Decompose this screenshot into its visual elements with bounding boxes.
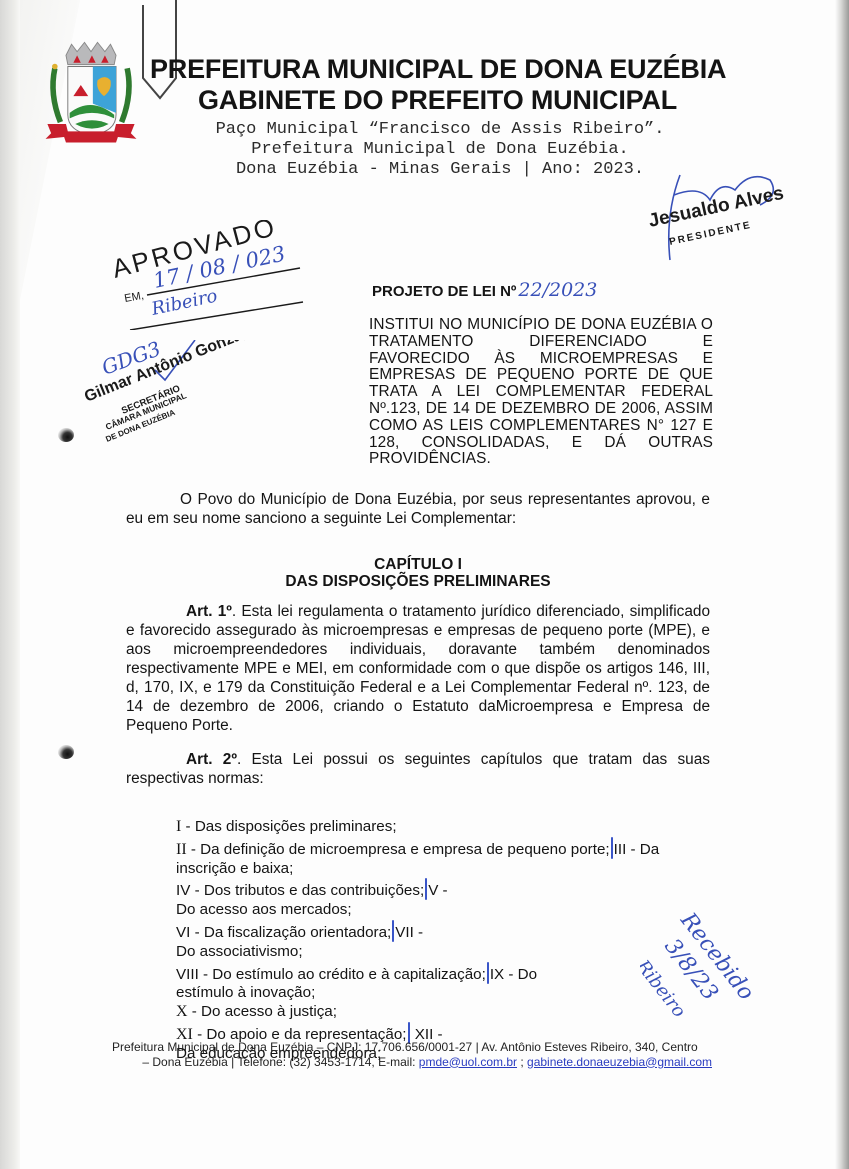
letterhead-title-line1: PREFEITURA MUNICIPAL DE DONA EUZÉBIA bbox=[150, 54, 726, 84]
letterhead-sub-line1: Paço Municipal “Francisco de Assis Ribei… bbox=[190, 120, 690, 140]
chapters-list: I - Das disposições preliminares; II - D… bbox=[176, 818, 716, 1064]
punch-hole bbox=[58, 428, 74, 442]
received-handwritten-note: Recebido 3/8/23 Ribeiro bbox=[640, 880, 800, 1040]
letterhead-title-line2: GABINETE DO PREFEITO MUNICIPAL bbox=[150, 85, 770, 116]
list-item: inscrição e baixa; bbox=[176, 860, 716, 879]
preamble: O Povo do Município de Dona Euzébia, por… bbox=[126, 490, 710, 528]
pen-mark bbox=[392, 920, 394, 942]
list-item: Do associativismo; bbox=[176, 943, 716, 962]
pen-mark bbox=[425, 878, 427, 900]
article-1: Art. 1º. Esta lei regulamenta o tratamen… bbox=[126, 602, 710, 735]
chapter-heading: CAPÍTULO I DAS DISPOSIÇÕES PRELIMINARES bbox=[126, 556, 710, 590]
list-item: I - Das disposições preliminares; bbox=[176, 818, 716, 837]
chapter-title: DAS DISPOSIÇÕES PRELIMINARES bbox=[126, 573, 710, 590]
bill-title: PROJETO DE LEI Nº22/2023 bbox=[372, 279, 597, 301]
article-1-label: Art. 1º bbox=[186, 603, 232, 620]
article-1-text: . Esta lei regulamenta o tratamento jurí… bbox=[126, 603, 710, 734]
footer-line1: Prefeitura Municipal de Dona Euzébia – C… bbox=[112, 1040, 712, 1055]
scan-right-edge bbox=[835, 0, 849, 1169]
list-item: Do acesso aos mercados; bbox=[176, 901, 716, 920]
list-item: X - Do acesso à justiça; bbox=[176, 1003, 716, 1022]
municipal-coat-of-arms-icon bbox=[40, 38, 142, 146]
letterhead-sub-line2: Prefeitura Municipal de Dona Euzébia. bbox=[190, 140, 690, 160]
page-footer: Prefeitura Municipal de Dona Euzébia – C… bbox=[112, 1040, 712, 1069]
list-item: VI - Da fiscalização orientadora;VII - bbox=[176, 920, 716, 943]
pen-mark bbox=[487, 962, 489, 984]
bill-summary: INSTITUI NO MUNICÍPIO DE DONA EUZÉBIA O … bbox=[369, 317, 713, 468]
bill-number: 22/2023 bbox=[518, 279, 597, 301]
article-2: Art. 2º. Esta Lei possui os seguintes ca… bbox=[126, 750, 710, 788]
letterhead-sub-line3: Dona Euzébia - Minas Gerais | Ano: 2023. bbox=[190, 160, 690, 180]
letterhead-subtitle: Paço Municipal “Francisco de Assis Ribei… bbox=[190, 120, 690, 180]
email-link-gabinete[interactable]: gabinete.donaeuzebia@gmail.com bbox=[527, 1055, 712, 1069]
secretary-signature-stamp: GDG3 Gilmar Antônio Gonzaga SECRETÁRIO C… bbox=[85, 340, 245, 460]
list-item: VIII - Do estímulo ao crédito e à capita… bbox=[176, 962, 716, 985]
scan-left-edge bbox=[0, 0, 20, 1169]
email-link-pmde[interactable]: pmde@uol.com.br bbox=[419, 1055, 517, 1069]
approved-em-label: EM, bbox=[123, 290, 144, 305]
list-item: IV - Dos tributos e das contribuições;V … bbox=[176, 878, 716, 901]
letterhead-title: PREFEITURA MUNICIPAL DE DONA EUZÉBIA GAB… bbox=[150, 54, 770, 116]
footer-line2: – Dona Euzébia | Telefone: (32) 3453-171… bbox=[112, 1055, 712, 1070]
approved-stamp: APROVADO EM, 17 / 08 / 023 Ribeiro bbox=[105, 220, 315, 330]
list-item: estímulo à inovação; bbox=[176, 984, 716, 1003]
president-signature-stamp: Jesualdo Alves PRESIDENTE bbox=[640, 165, 790, 275]
chapter-number: CAPÍTULO I bbox=[126, 556, 710, 573]
punch-hole bbox=[58, 745, 74, 759]
list-item: II - Da definição de microempresa e empr… bbox=[176, 837, 716, 860]
article-2-label: Art. 2º bbox=[186, 751, 237, 768]
pen-mark bbox=[611, 837, 613, 859]
bill-title-label: PROJETO DE LEI Nº bbox=[372, 283, 516, 300]
